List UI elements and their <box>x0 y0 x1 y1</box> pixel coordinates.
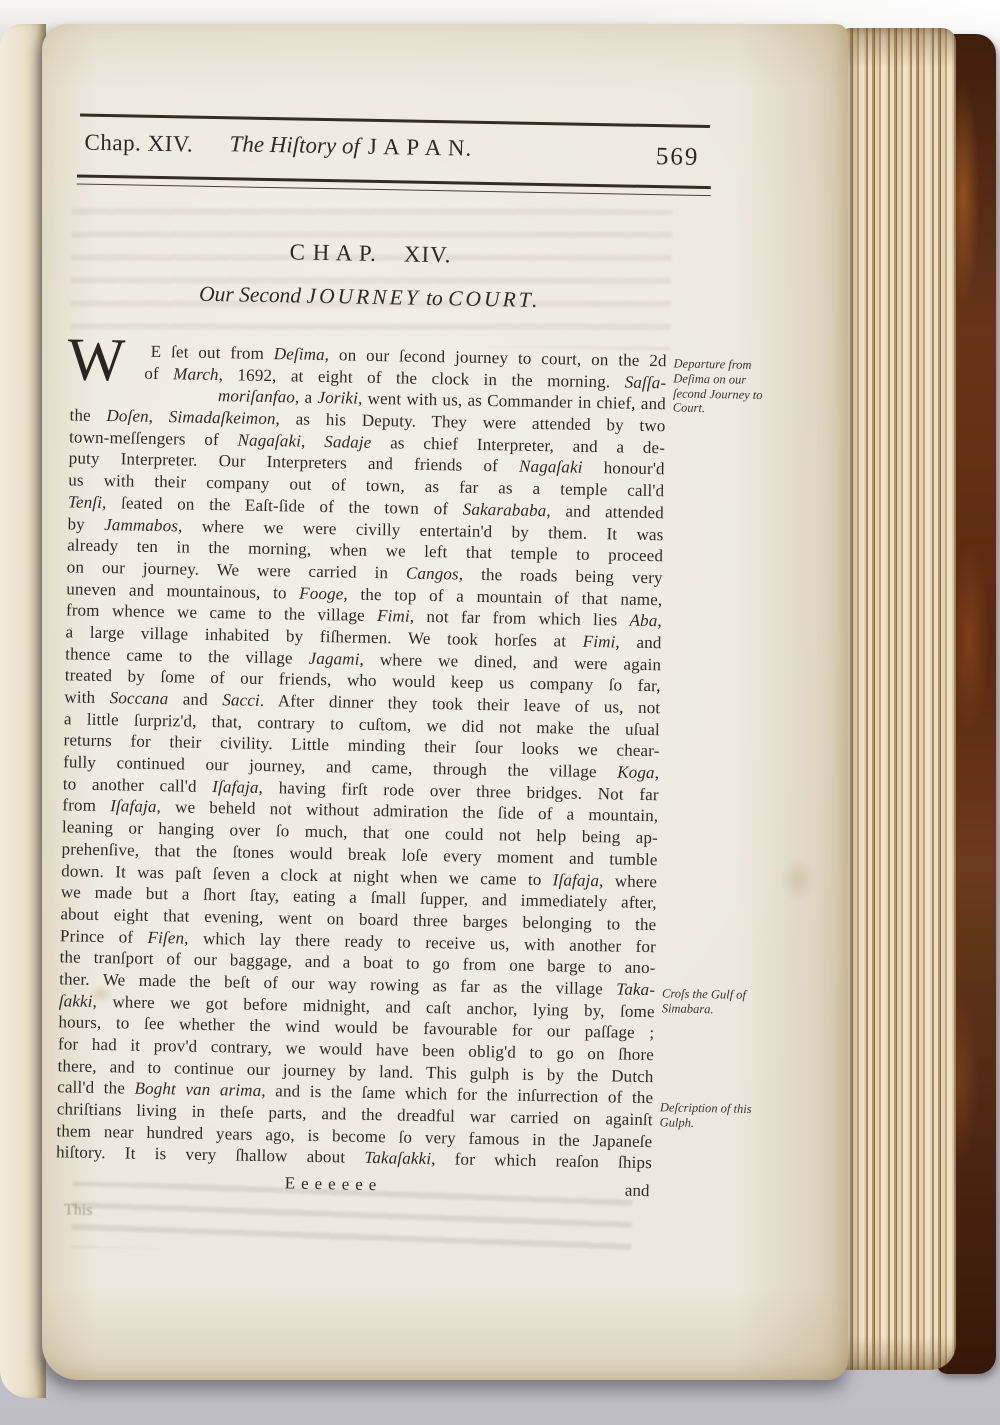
catchword: and <box>625 1181 650 1201</box>
print-layer: This Chap. XIV. The Hiſtory ofJ A P A N.… <box>29 23 860 1394</box>
margin-note: Departure from Deſima on our ſecond Jour… <box>673 356 766 417</box>
margin-note: Deſcription of this Gulph. <box>660 1100 753 1131</box>
book-page: This Chap. XIV. The Hiſtory ofJ A P A N.… <box>42 24 848 1380</box>
fore-edge-pages <box>842 28 956 1370</box>
margin-note: Croſs the Gulf of Simabara. <box>662 986 755 1017</box>
book-photo: This Chap. XIV. The Hiſtory ofJ A P A N.… <box>0 0 1000 1425</box>
